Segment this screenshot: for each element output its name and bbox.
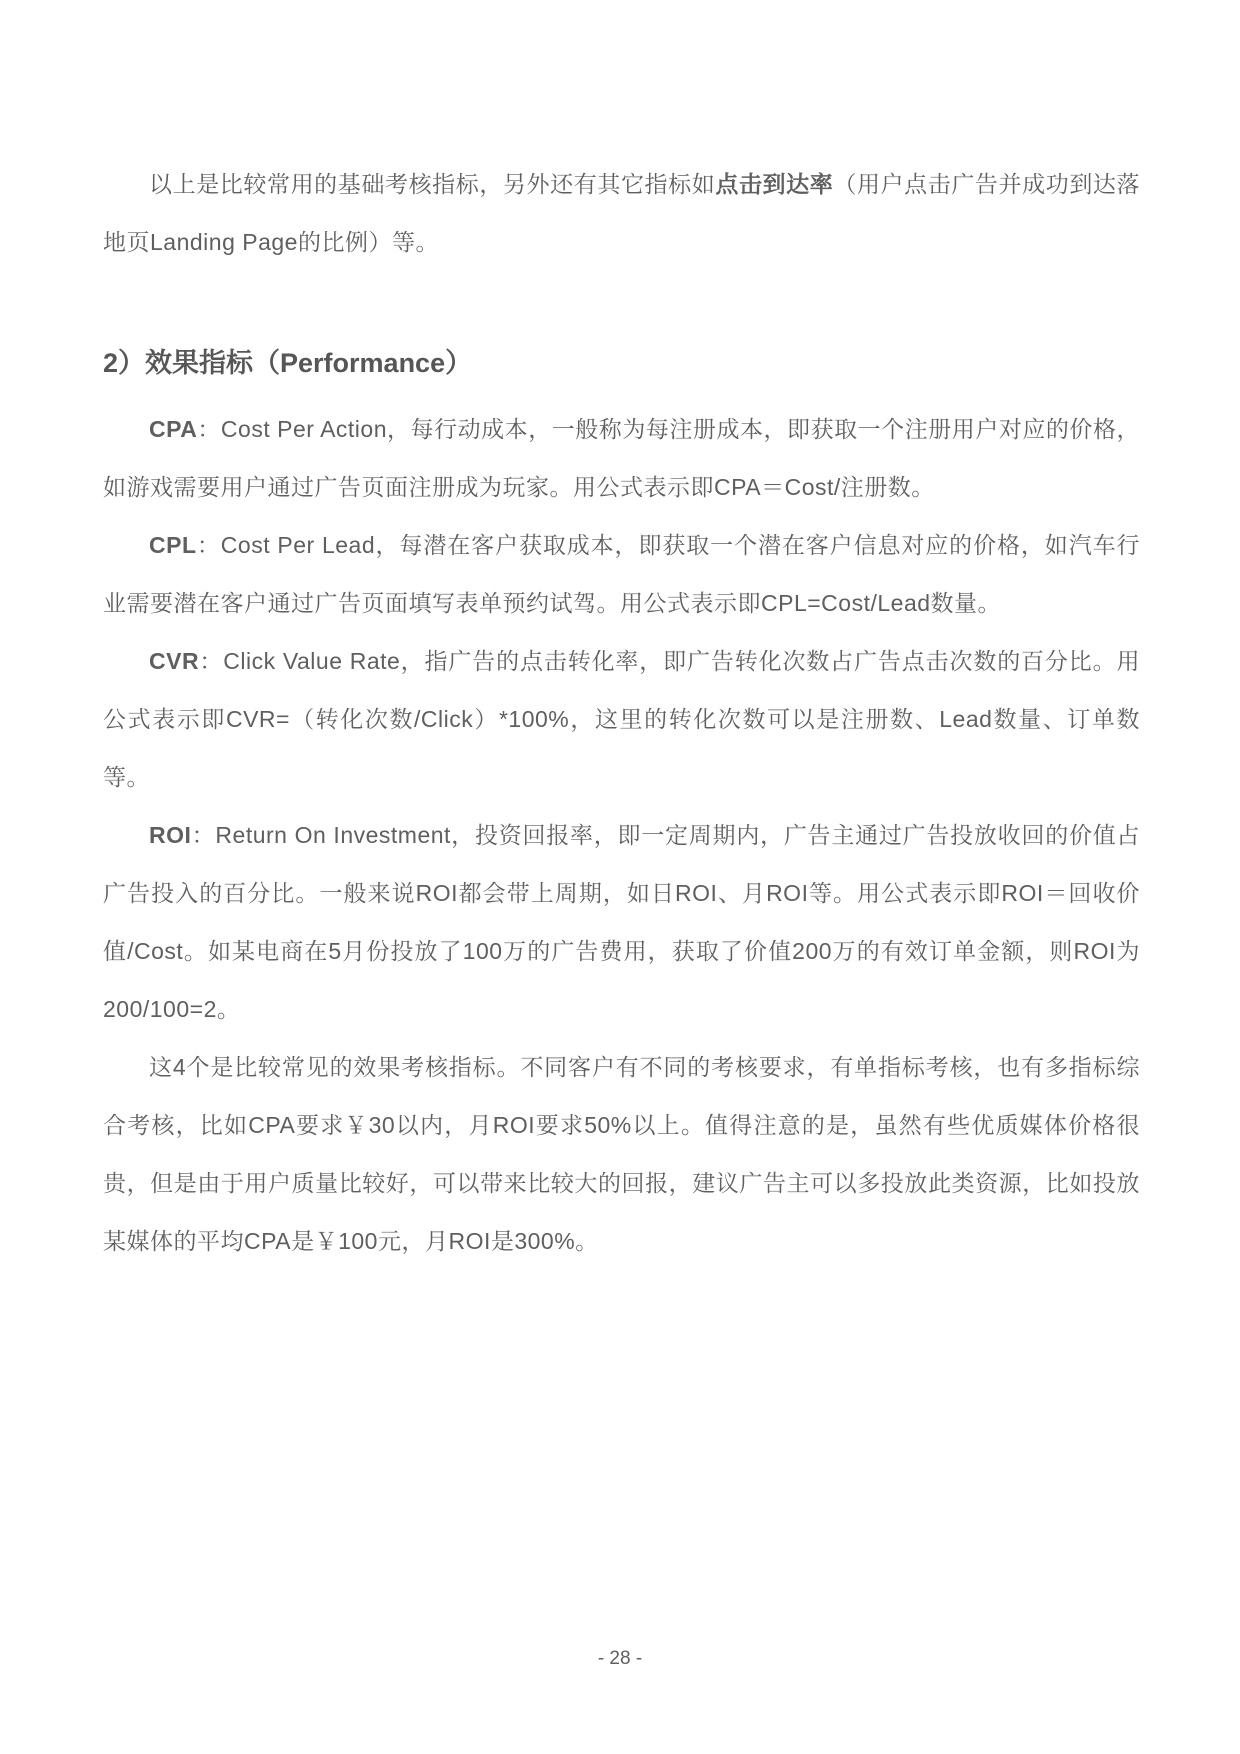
metric-desc-cpa: ：Cost Per Action，每行动成本，一般称为每注册成本，即获取一个注册… bbox=[103, 416, 1140, 500]
metric-paragraph-cpa: CPA：Cost Per Action，每行动成本，一般称为每注册成本，即获取一… bbox=[103, 400, 1140, 516]
metric-paragraph-cvr: CVR：Click Value Rate，指广告的点击转化率，即广告转化次数占广… bbox=[103, 632, 1140, 806]
metric-term-cvr: CVR bbox=[149, 648, 199, 674]
summary-paragraph: 这4个是比较常见的效果考核指标。不同客户有不同的考核要求，有单指标考核，也有多指… bbox=[103, 1038, 1140, 1270]
intro-text-pre: 以上是比较常用的基础考核指标，另外还有其它指标如 bbox=[149, 171, 715, 197]
section-heading: 2）效果指标（Performance） bbox=[103, 343, 1140, 383]
metric-paragraph-cpl: CPL：Cost Per Lead，每潜在客户获取成本，即获取一个潜在客户信息对… bbox=[103, 516, 1140, 632]
page-number: - 28 - bbox=[598, 1648, 642, 1669]
metric-term-cpa: CPA bbox=[149, 416, 197, 442]
document-content: 以上是比较常用的基础考核指标，另外还有其它指标如点击到达率（用户点击广告并成功到… bbox=[103, 155, 1140, 1270]
metric-paragraph-roi: ROI：Return On Investment，投资回报率，即一定周期内，广告… bbox=[103, 806, 1140, 1038]
metric-desc-cpl: ：Cost Per Lead，每潜在客户获取成本，即获取一个潜在客户信息对应的价… bbox=[103, 532, 1140, 616]
intro-bold-term: 点击到达率 bbox=[715, 171, 833, 197]
metric-desc-cvr: ：Click Value Rate，指广告的点击转化率，即广告转化次数占广告点击… bbox=[103, 648, 1140, 790]
metric-term-roi: ROI bbox=[149, 822, 191, 848]
document-page: 以上是比较常用的基础考核指标，另外还有其它指标如点击到达率（用户点击广告并成功到… bbox=[0, 0, 1240, 1754]
metric-desc-roi: ：Return On Investment，投资回报率，即一定周期内，广告主通过… bbox=[103, 822, 1140, 1022]
metric-term-cpl: CPL bbox=[149, 532, 197, 558]
page-footer: - 28 - bbox=[0, 1648, 1240, 1670]
intro-paragraph: 以上是比较常用的基础考核指标，另外还有其它指标如点击到达率（用户点击广告并成功到… bbox=[103, 155, 1140, 271]
